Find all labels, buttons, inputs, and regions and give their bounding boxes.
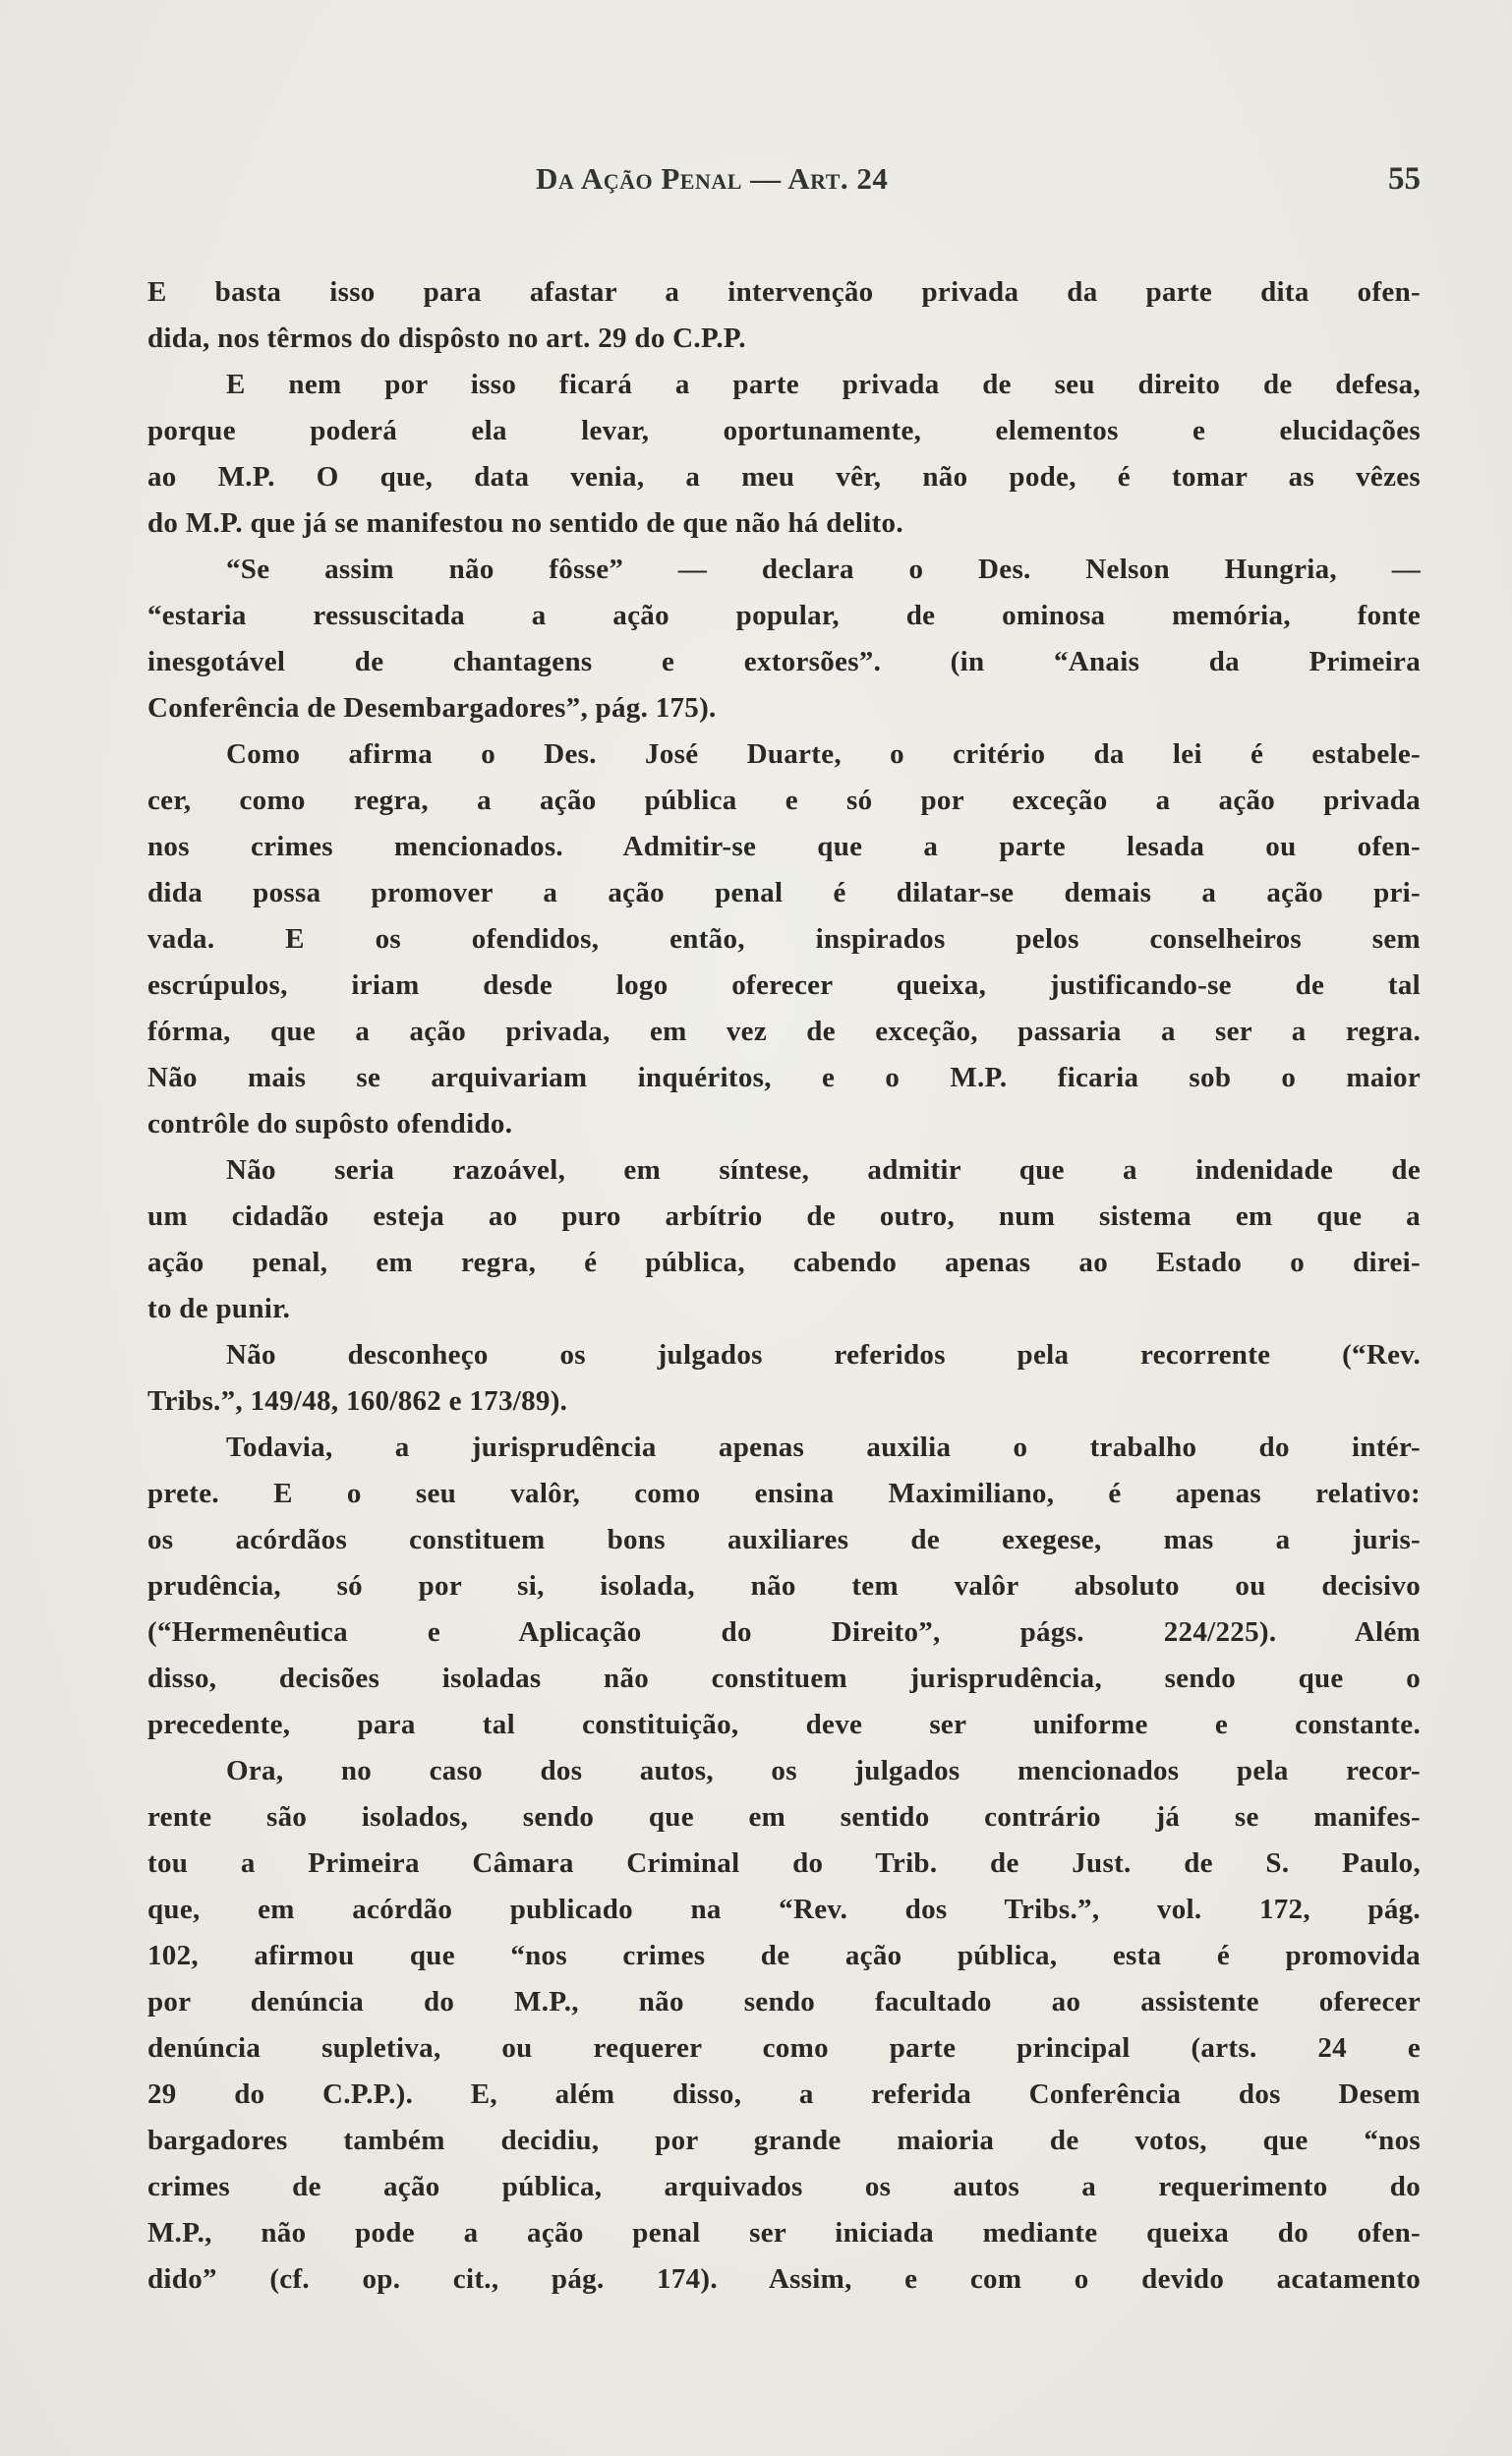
text-line: “estaria ressuscitada a ação popular, de…: [147, 593, 1421, 639]
text-line: 29 do C.P.P.). E, além disso, a referida…: [147, 2072, 1421, 2118]
text-line: nos crimes mencionados. Admitir-se que a…: [147, 824, 1421, 870]
text-line: os acórdãos constituem bons auxiliares d…: [147, 1517, 1421, 1563]
text-line: dida, nos têrmos do dispôsto no art. 29 …: [147, 316, 1421, 362]
text-line: escrúpulos, iriam desde logo oferecer qu…: [147, 963, 1421, 1009]
text-line: Todavia, a jurisprudência apenas auxilia…: [147, 1425, 1421, 1471]
text-line: 102, afirmou que “nos crimes de ação púb…: [147, 1933, 1421, 1979]
text-line: contrôle do supôsto ofendido.: [147, 1101, 1421, 1147]
book-page: Da Ação Penal — Art. 24 55 E basta isso …: [0, 0, 1512, 2456]
text-line: porque poderá ela levar, oportunamente, …: [147, 408, 1421, 454]
text-line: Ora, no caso dos autos, os julgados menc…: [147, 1748, 1421, 1794]
text-line: to de punir.: [147, 1286, 1421, 1332]
text-line: prudência, só por si, isolada, não tem v…: [147, 1563, 1421, 1609]
body-text: E basta isso para afastar a intervenção …: [147, 269, 1421, 2303]
text-line: Tribs.”, 149/48, 160/862 e 173/89).: [147, 1378, 1421, 1425]
text-line: Não desconheço os julgados referidos pel…: [147, 1332, 1421, 1378]
text-line: rente são isolados, sendo que em sentido…: [147, 1794, 1421, 1841]
text-line: bargadores também decidiu, por grande ma…: [147, 2118, 1421, 2164]
text-line: dida possa promover a ação penal é dilat…: [147, 870, 1421, 916]
page-number: 55: [1388, 161, 1421, 198]
text-line: do M.P. que já se manifestou no sentido …: [147, 500, 1421, 547]
text-line: E basta isso para afastar a intervenção …: [147, 269, 1421, 316]
text-line: ao M.P. O que, data venia, a meu vêr, nã…: [147, 454, 1421, 500]
text-line: por denúncia do M.P., não sendo facultad…: [147, 1979, 1421, 2025]
text-line: vada. E os ofendidos, então, inspirados …: [147, 916, 1421, 963]
text-line: que, em acórdão publicado na “Rev. dos T…: [147, 1887, 1421, 1933]
text-line: prete. E o seu valôr, como ensina Maximi…: [147, 1471, 1421, 1517]
text-line: inesgotável de chantagens e extorsões”. …: [147, 639, 1421, 685]
text-line: Não mais se arquivariam inquéritos, e o …: [147, 1055, 1421, 1101]
text-line: “Se assim não fôsse” — declara o Des. Ne…: [147, 547, 1421, 593]
text-line: um cidadão esteja ao puro arbítrio de ou…: [147, 1194, 1421, 1240]
text-line: cer, como regra, a ação pública e só por…: [147, 778, 1421, 824]
running-title: Da Ação Penal — Art. 24: [536, 161, 888, 197]
text-line: M.P., não pode a ação penal ser iniciada…: [147, 2210, 1421, 2256]
running-head: Da Ação Penal — Art. 24 55: [147, 157, 1421, 206]
text-line: (“Hermenêutica e Aplicação do Direito”, …: [147, 1609, 1421, 1656]
text-line: precedente, para tal constituição, deve …: [147, 1702, 1421, 1748]
text-line: disso, decisões isoladas não constituem …: [147, 1656, 1421, 1702]
text-line: Como afirma o Des. José Duarte, o critér…: [147, 731, 1421, 778]
text-line: tou a Primeira Câmara Criminal do Trib. …: [147, 1841, 1421, 1887]
text-line: Conferência de Desembargadores”, pág. 17…: [147, 685, 1421, 731]
text-line: Não seria razoável, em síntese, admitir …: [147, 1147, 1421, 1194]
text-line: E nem por isso ficará a parte privada de…: [147, 362, 1421, 408]
text-line: crimes de ação pública, arquivados os au…: [147, 2164, 1421, 2210]
text-line: fórma, que a ação privada, em vez de exc…: [147, 1009, 1421, 1055]
text-line: dido” (cf. op. cit., pág. 174). Assim, e…: [147, 2256, 1421, 2303]
text-line: denúncia supletiva, ou requerer como par…: [147, 2025, 1421, 2072]
text-line: ação penal, em regra, é pública, cabendo…: [147, 1240, 1421, 1286]
